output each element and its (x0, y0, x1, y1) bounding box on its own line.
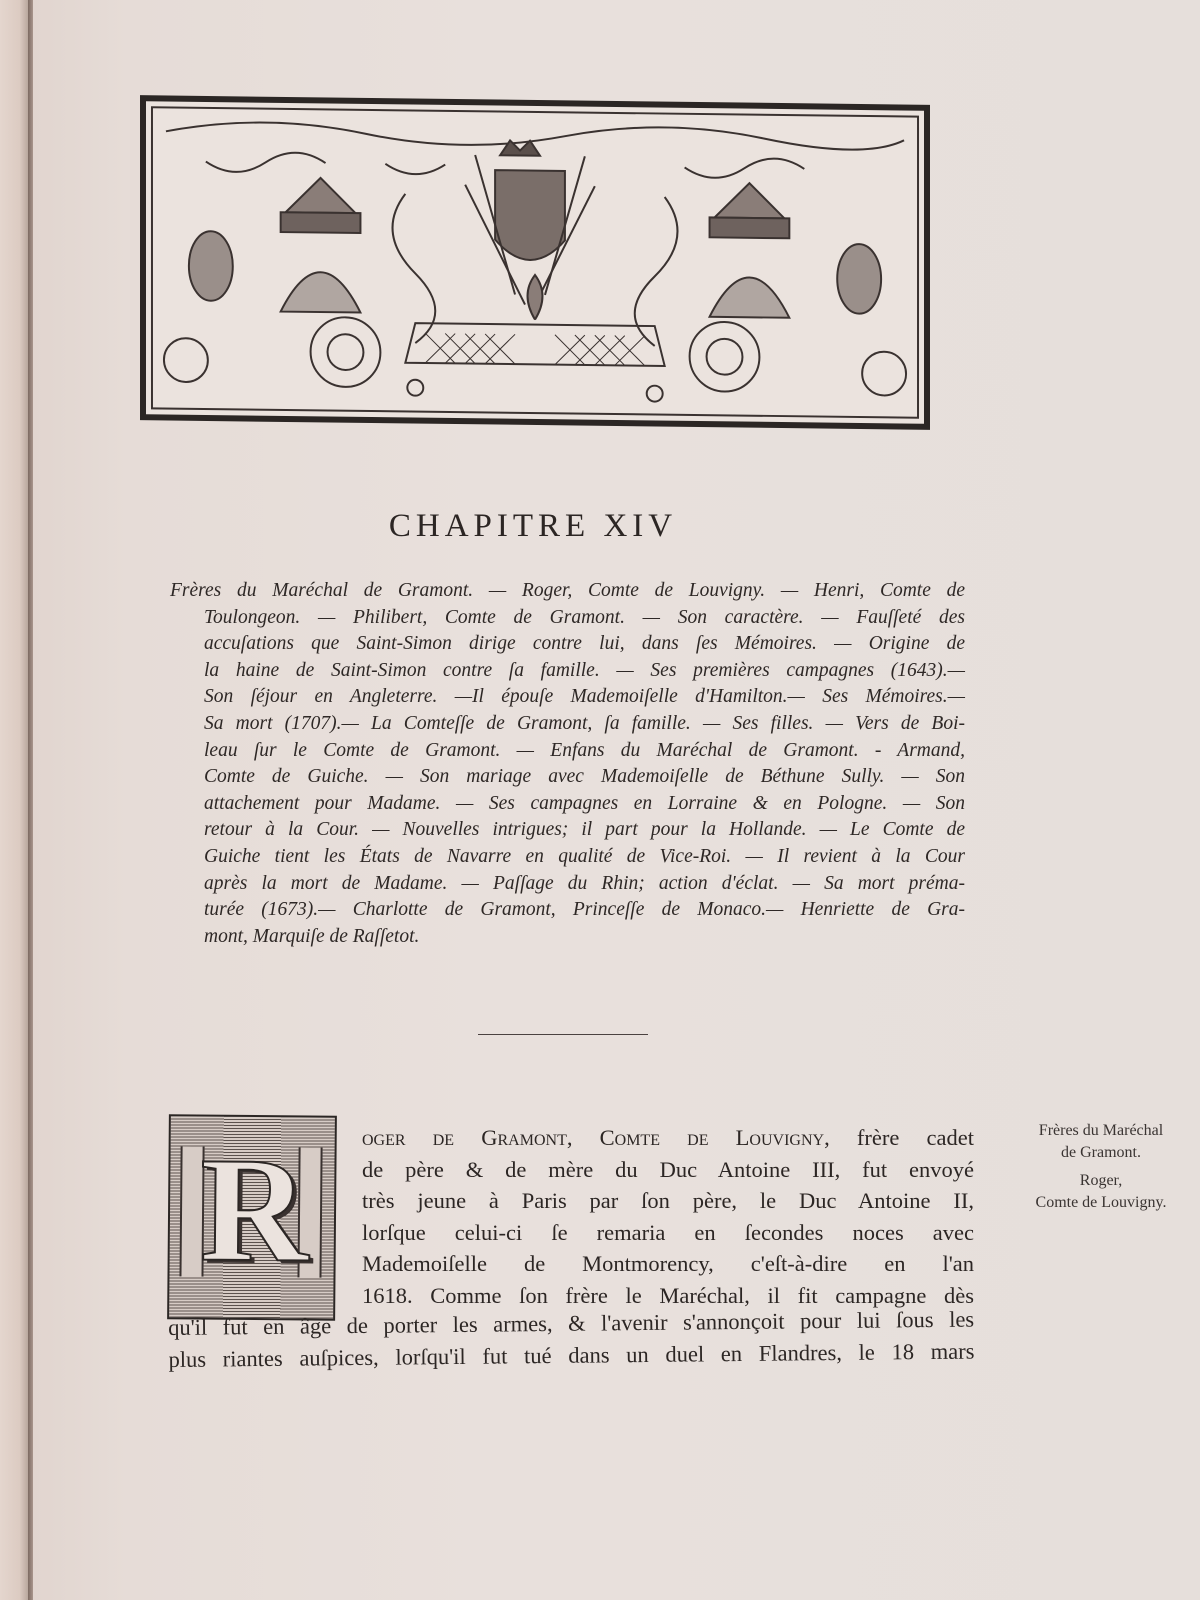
summary-line: après la mort de Madame. — Paſſage du Rh… (170, 871, 965, 898)
summary-line: Guiche tient les États de Navarre en qua… (170, 844, 965, 871)
margin-note-line: Frères du Maréchal (991, 1120, 1200, 1142)
body-paragraph-continued: qu'il fut en âge de porter les armes, & … (168, 1304, 975, 1375)
margin-note-line: de Gramont. (991, 1142, 1200, 1164)
dropcap-letter: R (199, 1135, 309, 1286)
summary-line: Comte de Guiche. — Son mariage avec Made… (170, 764, 965, 791)
section-divider (478, 1034, 648, 1035)
lead-smallcaps: oger de Gramont, Comte de Louvigny (362, 1125, 824, 1150)
body-line-text: , frère cadet (824, 1125, 974, 1150)
summary-line: attachement pour Madame. — Ses campagnes… (170, 791, 965, 818)
summary-line: Son ſéjour en Angleterre. —Il épouſe Mad… (170, 684, 965, 711)
summary-line: Toulongeon. — Philibert, Comte de Gramon… (170, 605, 965, 632)
ornamental-headpiece-icon (140, 95, 930, 430)
summary-line: leau ſur le Comte de Gramont. — Enfans d… (170, 738, 965, 765)
body-line: de père & de mère du Duc Antoine III, fu… (362, 1154, 974, 1186)
body-line: lorſque celui-ci ſe remaria en ſecondes … (362, 1217, 974, 1249)
summary-line: la haine de Saint-Simon contre ſa famill… (170, 658, 965, 685)
margin-note-line: Roger, (991, 1170, 1200, 1192)
body-line: très jeune à Paris par ſon père, le Duc … (362, 1185, 974, 1217)
ornamental-initial-icon: R (167, 1114, 337, 1320)
headpiece-engraving (146, 101, 924, 424)
summary-line: retour à la Cour. — Nouvelles intrigues;… (170, 817, 965, 844)
book-page: CHAPITRE XIV Frères du Maréchal de Gramo… (33, 0, 1200, 1600)
marginal-note: Frères du Maréchal de Gramont. Roger, Co… (991, 1120, 1200, 1214)
body-paragraph-start: oger de Gramont, Comte de Louvigny, frèr… (362, 1122, 974, 1311)
margin-note-line: Comte de Louvigny. (991, 1192, 1200, 1214)
body-line: oger de Gramont, Comte de Louvigny, frèr… (362, 1122, 974, 1154)
summary-line: Sa mort (1707).— La Comteſſe de Gramont,… (170, 711, 965, 738)
chapter-title: CHAPITRE XIV (33, 508, 1033, 545)
summary-line: turée (1673).— Charlotte de Gramont, Pri… (170, 897, 965, 924)
summary-line: mont, Marquiſe de Raſſetot. (170, 924, 965, 951)
summary-line: accuſations que Saint-Simon dirige contr… (170, 631, 965, 658)
chapter-summary: Frères du Maréchal de Gramont. — Roger, … (170, 578, 965, 950)
summary-line: Frères du Maréchal de Gramont. — Roger, … (170, 578, 965, 605)
body-line: Mademoiſelle de Montmorency, c'eſt-à-dir… (362, 1248, 974, 1280)
facing-page-edge (0, 0, 28, 1600)
